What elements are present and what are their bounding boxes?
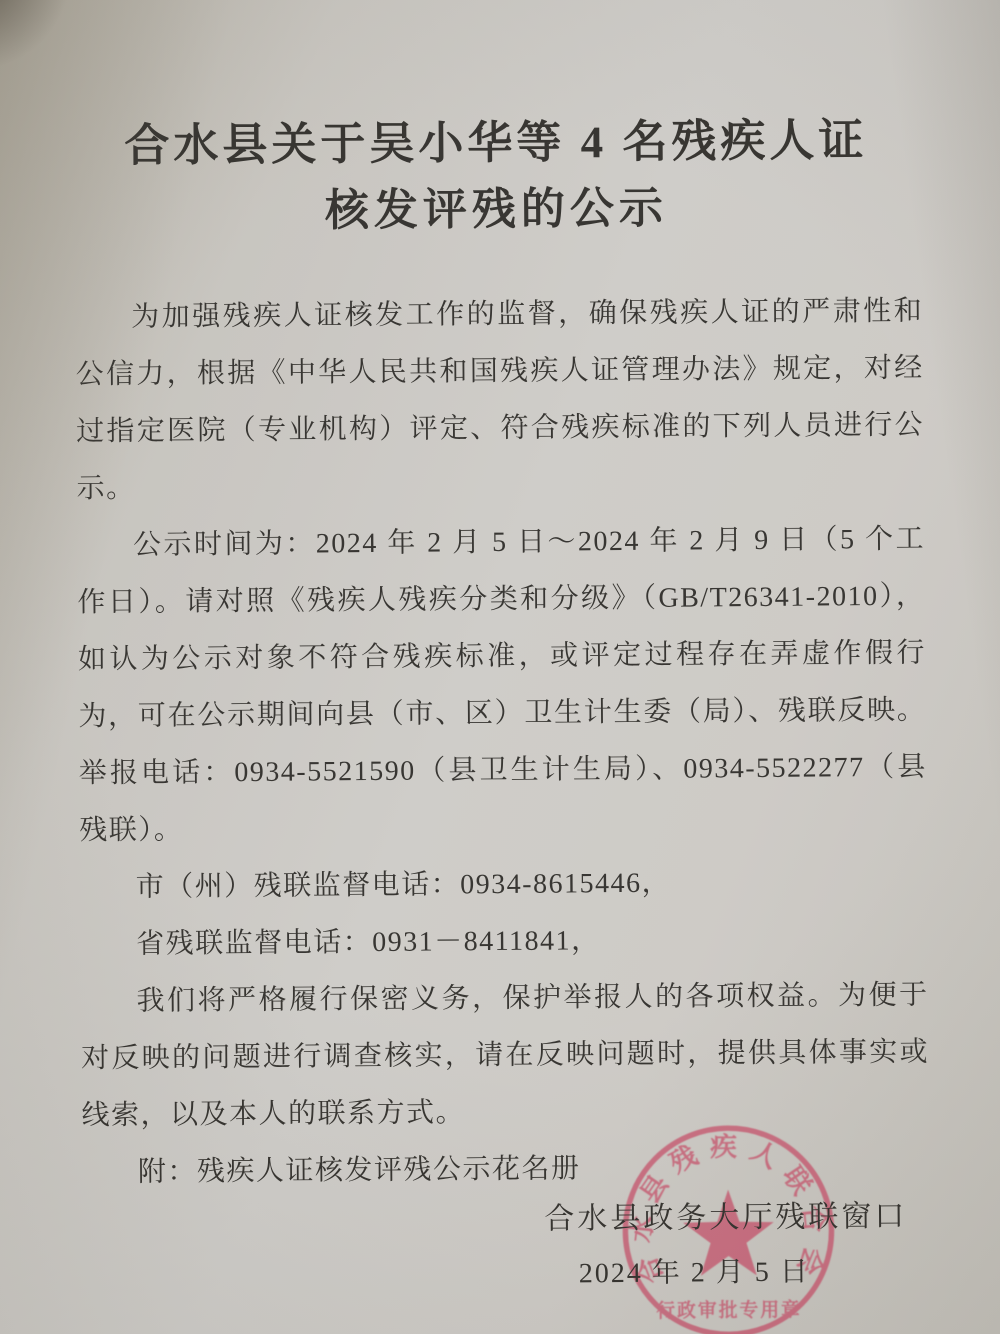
document-body: 为加强残疾人证核发工作的监督，确保残疾人证的严肃性和公信力，根据《中华人民共和国…: [75, 283, 930, 1202]
line-city-supervision-phone: 市（州）残联监督电话：0934-8615446，: [79, 853, 927, 917]
document-title-line2: 核发评残的公示: [0, 175, 997, 244]
paragraph-confidentiality: 我们将严格履行保密义务，保护举报人的各项权益。为便于对反映的问题进行调查核实，请…: [80, 967, 929, 1145]
document-title: 合水县关于吴小华等 4 名残疾人证 核发评残的公示: [0, 108, 997, 244]
signature-office: 合水县政务大厅残联窗口: [544, 1191, 907, 1238]
signature-date: 2024 年 2 月 5 日: [579, 1250, 810, 1292]
seal-bottom-text: 行政审批专用章: [656, 1298, 802, 1322]
paragraph-notice-period-and-report: 公示时间为：2024 年 2 月 5 日～2024 年 2 月 9 日（5 个工…: [77, 511, 928, 860]
announcement-sheet: 合水县关于吴小华等 4 名残疾人证 核发评残的公示 为加强残疾人证核发工作的监督…: [0, 0, 1000, 1334]
document-title-line1: 合水县关于吴小华等 4 名残疾人证: [0, 108, 996, 179]
line-province-supervision-phone: 省残联监督电话：0931－8411841，: [80, 910, 928, 974]
document-photo: 合水县关于吴小华等 4 名残疾人证 核发评残的公示 为加强残疾人证核发工作的监督…: [0, 0, 1000, 1334]
paragraph-supervision-intro: 为加强残疾人证核发工作的监督，确保残疾人证的严肃性和公信力，根据《中华人民共和国…: [75, 283, 925, 518]
